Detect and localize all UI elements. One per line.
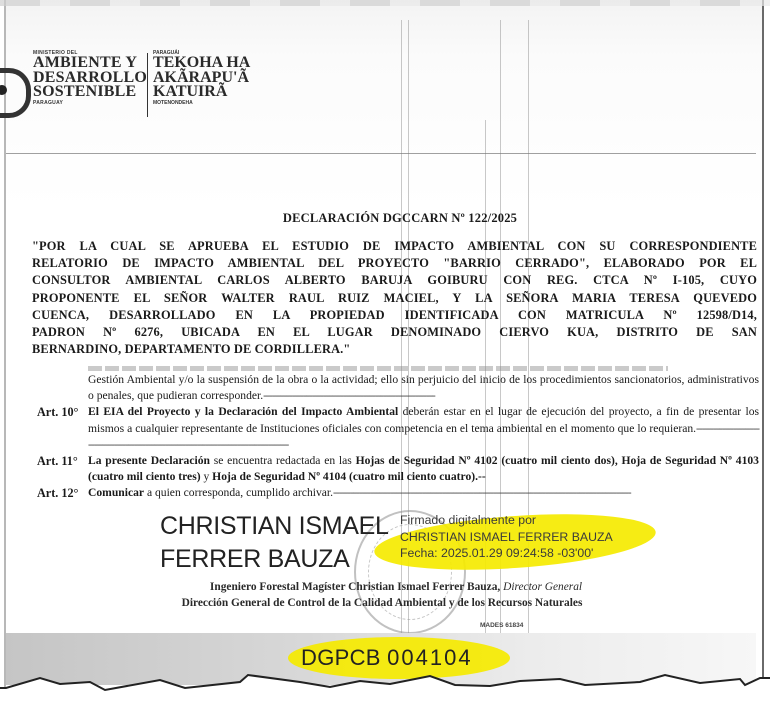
preamble-line: RELATORIO DE IMPACTO AMBIENTAL DEL PROYE… [32, 255, 757, 272]
dash-fill: ----------------------------------------… [263, 389, 435, 402]
preamble-line: CUENCA, DESARROLLADO EN LA PROPIEDAD IDE… [32, 307, 757, 324]
article-text: a quien corresponda, cumplido archivar. [144, 486, 333, 499]
articles-body: Gestión Ambiental y/o la suspensión de l… [37, 372, 759, 502]
ministry-line: SOSTENIBLE [33, 85, 147, 100]
guarani-line: KATUIRÃ [153, 85, 250, 100]
torn-paper-edge [0, 670, 770, 709]
article-lead: El EIA del Proyecto y la Declaración del… [88, 405, 398, 418]
article-11: Art. 11° La presente Declaración se encu… [37, 453, 759, 485]
security-sheet-ref: Hoja de Seguridad Nº 4104 (cuatro mil ci… [212, 470, 486, 483]
guarani-logo-text: Paraguái TEKOHA HA AKÃRAPU'Ã KATUIRÃ Mot… [153, 50, 250, 106]
article-label: Art. 11° [37, 453, 88, 485]
article-10: Art. 10° El EIA del Proyecto y la Declar… [37, 404, 759, 453]
signer-name-line: CHRISTIAN ISMAEL [160, 510, 389, 543]
article-12: Art. 12° Comunicar a quien corresponda, … [37, 485, 759, 501]
security-code: DGPCB 004104 [301, 645, 473, 671]
dash-fill: ----------------------------------------… [333, 486, 631, 499]
digital-signature-line: Fecha: 2025.01.29 09:24:58 -03'00' [400, 545, 613, 562]
guarani-small-bottom: Motenondeha [153, 100, 250, 106]
article-lead: La presente Declaración [88, 454, 210, 467]
preamble-line: PROPONENTE EL SEÑOR WALTER RAUL RUIZ MAC… [32, 290, 757, 307]
article-label: Art. 12° [37, 485, 88, 501]
ministry-logo-text: Ministerio del AMBIENTE Y DESARROLLO SOS… [33, 50, 147, 106]
preamble-line: "POR LA CUAL SE APRUEBA EL ESTUDIO DE IM… [32, 238, 757, 255]
security-code-number: 004104 [387, 645, 472, 670]
preamble-line: BERNARDINO, DEPARTAMENTO DE CORDILLERA." [32, 341, 757, 358]
preamble-line: CONSULTOR AMBIENTAL CARLOS ALBERTO BARUJ… [32, 272, 757, 289]
preamble: "POR LA CUAL SE APRUEBA EL ESTUDIO DE IM… [32, 238, 757, 358]
digital-signature: Firmado digitalmente por CHRISTIAN ISMAE… [400, 512, 613, 562]
signer-title: Ingeniero Forestal Magíster Christian Is… [210, 581, 500, 593]
mades-code: MADES 61834 [480, 622, 523, 629]
security-code-prefix: DGPCB [301, 645, 381, 670]
clipped-text-remnant [88, 366, 668, 371]
ministry-small-bottom: Paraguay [33, 100, 147, 106]
signer-name-line: FERRER BAUZA [160, 543, 389, 576]
preamble-line: PADRON Nº 6276, UBICADA EN EL LUGAR DENO… [32, 324, 757, 341]
article-text: se encuentra redactada en las [210, 454, 356, 467]
article-label: Art. 10° [37, 404, 88, 453]
declaration-title: DECLARACIÓN DGCCARN Nº 122/2025 [0, 211, 770, 226]
signer-title-block: Ingeniero Forestal Magíster Christian Is… [0, 580, 770, 611]
article-text: y [201, 470, 213, 483]
digital-signature-line: Firmado digitalmente por [400, 512, 613, 529]
security-sheet-ref: Hojas de Seguridad Nº 4102 (cuatro mil c… [356, 454, 618, 467]
article-lead: Comunicar [88, 486, 144, 499]
continuation-paragraph: Gestión Ambiental y/o la suspensión de l… [37, 372, 759, 404]
header-rule [6, 153, 756, 154]
declaration-title-text: DECLARACIÓN DGCCARN Nº 122/2025 [283, 211, 517, 225]
paper-top-edge [0, 0, 770, 6]
signer-role: Director General [503, 581, 582, 593]
directorate: Dirección General de Control de la Calid… [0, 596, 770, 612]
logo-divider [147, 53, 148, 117]
continuation-line: Gestión Ambiental y/o la suspensión de l… [88, 373, 611, 386]
digital-signature-line: CHRISTIAN ISMAEL FERRER BAUZA [400, 529, 613, 546]
signer-name: CHRISTIAN ISMAEL FERRER BAUZA [160, 510, 389, 576]
